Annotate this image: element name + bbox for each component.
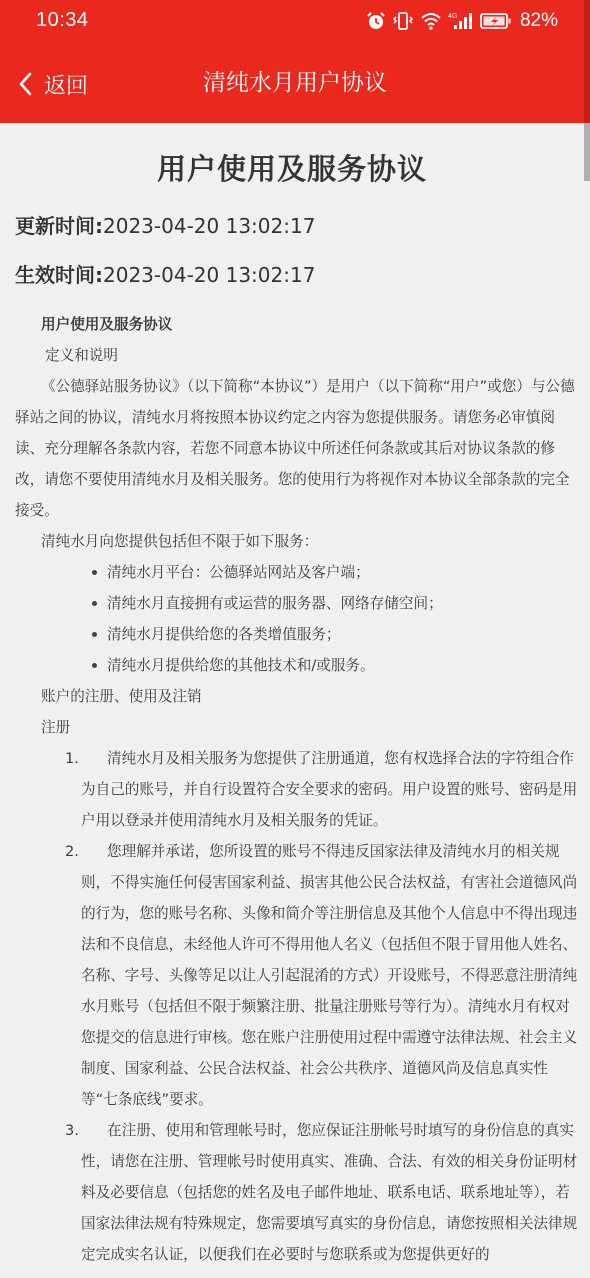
list-item: 清纯水月提供给您的其他技术和/或服务。 xyxy=(107,650,580,681)
services-intro: 清纯水月向您提供包括但不限于如下服务： xyxy=(15,526,580,557)
section-title: 用户使用及服务协议 xyxy=(15,309,580,340)
header-edge xyxy=(584,0,590,123)
vibrate-icon xyxy=(392,11,414,31)
svg-text:4G: 4G xyxy=(448,13,457,20)
bullet-icon xyxy=(92,632,97,637)
status-time: 10:34 xyxy=(36,9,89,32)
list-item: 3. 在注册、使用和管理帐号时，您应保证注册帐号时填写的身份信息的真实性，请您在… xyxy=(81,1115,580,1270)
services-list: 清纯水月平台：公德驿站网站及客户端； 清纯水月直接拥有或运营的服务器、网络存储空… xyxy=(15,557,580,681)
account-heading: 账户的注册、使用及注销 xyxy=(15,681,580,712)
wifi-icon xyxy=(420,11,442,31)
battery-charging-icon xyxy=(480,11,512,31)
alarm-icon xyxy=(366,11,386,31)
effective-label: 生效时间: xyxy=(15,263,103,287)
registration-list: 1. 清纯水月及相关服务为您提供了注册通道，您有权选择合法的字符组合作为自己的账… xyxy=(15,743,580,1270)
battery-percent: 82% xyxy=(520,10,558,32)
4g-signal-icon: 4G xyxy=(448,11,474,31)
effective-time: 生效时间:2023-04-20 13:02:17 xyxy=(15,259,315,288)
bullet-icon xyxy=(92,570,97,575)
document-title: 用户使用及服务协议 xyxy=(0,147,584,188)
bullet-icon xyxy=(92,663,97,668)
bullet-icon xyxy=(92,601,97,606)
item-text: 您理解并承诺，您所设置的账号不得违反国家法律及清纯水月的相关规则，不得实施任何侵… xyxy=(81,836,580,1115)
item-number: 2. xyxy=(65,836,79,867)
page-title: 清纯水月用户协议 xyxy=(0,65,590,101)
updated-label: 更新时间: xyxy=(15,214,103,238)
item-number: 1. xyxy=(65,743,79,774)
list-item: 清纯水月直接拥有或运营的服务器、网络存储空间； xyxy=(107,588,580,619)
definitions-heading: 定义和说明 xyxy=(15,340,580,371)
status-bar: 10:34 4G 82% xyxy=(0,0,590,45)
app-header: 返回 清纯水月用户协议 xyxy=(0,45,590,123)
intro-paragraph: 《公德驿站服务协议》（以下简称“本协议”）是用户（以下简称“用户”或您）与公德驿… xyxy=(15,371,580,526)
registration-heading: 注册 xyxy=(15,712,580,743)
updated-time: 更新时间:2023-04-20 13:02:17 xyxy=(15,210,315,239)
list-item: 1. 清纯水月及相关服务为您提供了注册通道，您有权选择合法的字符组合作为自己的账… xyxy=(81,743,580,836)
effective-value: 2023-04-20 13:02:17 xyxy=(103,263,315,287)
scrollbar[interactable] xyxy=(584,123,590,181)
list-item: 2. 您理解并承诺，您所设置的账号不得违反国家法律及清纯水月的相关规则，不得实施… xyxy=(81,836,580,1115)
updated-value: 2023-04-20 13:02:17 xyxy=(103,214,315,238)
status-icons: 4G 82% xyxy=(366,10,558,32)
item-number: 3. xyxy=(65,1115,79,1146)
item-text: 在注册、使用和管理帐号时，您应保证注册帐号时填写的身份信息的真实性，请您在注册、… xyxy=(81,1115,580,1270)
item-text: 清纯水月及相关服务为您提供了注册通道，您有权选择合法的字符组合作为自己的账号，并… xyxy=(81,743,580,836)
list-item: 清纯水月平台：公德驿站网站及客户端； xyxy=(107,557,580,588)
list-item: 清纯水月提供给您的各类增值服务； xyxy=(107,619,580,650)
agreement-body: 用户使用及服务协议 定义和说明 《公德驿站服务协议》（以下简称“本协议”）是用户… xyxy=(15,309,580,1270)
